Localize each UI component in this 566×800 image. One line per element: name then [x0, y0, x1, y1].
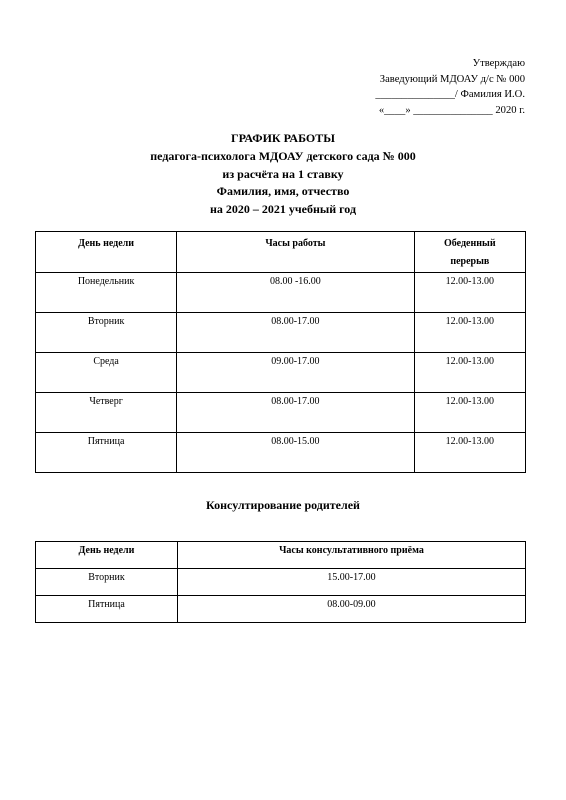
- header-lunch-line1: Обеденный: [417, 235, 523, 253]
- approval-line: _______________/ Фамилия И.О.: [375, 87, 525, 103]
- cell-hours: 08.00 -16.00: [177, 273, 414, 313]
- cell-lunch: 12.00-13.00: [414, 353, 525, 393]
- consultation-heading: Консултирование родителей: [0, 498, 566, 513]
- header-day: День недели: [36, 542, 178, 569]
- work-schedule-table: День недели Часы работы Обеденный переры…: [35, 231, 526, 473]
- cell-hours: 08.00-15.00: [177, 433, 414, 473]
- table-row: Пятница 08.00-15.00 12.00-13.00: [36, 433, 526, 473]
- header-hours: Часы работы: [177, 232, 414, 273]
- table-row: Вторник 15.00-17.00: [36, 569, 526, 596]
- cell-hours: 08.00-17.00: [177, 393, 414, 433]
- consultation-table: День недели Часы консультативного приёма…: [35, 541, 526, 623]
- table-header-row: День недели Часы работы Обеденный переры…: [36, 232, 526, 273]
- cell-hours: 08.00-17.00: [177, 313, 414, 353]
- title-line: из расчёта на 1 ставку: [0, 166, 566, 184]
- table-row: Четверг 08.00-17.00 12.00-13.00: [36, 393, 526, 433]
- cell-day: Понедельник: [36, 273, 177, 313]
- header-lunch: Обеденный перерыв: [414, 232, 525, 273]
- table-row: Понедельник 08.00 -16.00 12.00-13.00: [36, 273, 526, 313]
- table-row: Вторник 08.00-17.00 12.00-13.00: [36, 313, 526, 353]
- header-day: День недели: [36, 232, 177, 273]
- cell-day: Вторник: [36, 313, 177, 353]
- cell-day: Вторник: [36, 569, 178, 596]
- cell-hours: 08.00-09.00: [177, 596, 525, 623]
- title-line: на 2020 – 2021 учебный год: [0, 201, 566, 219]
- header-consult-hours: Часы консультативного приёма: [177, 542, 525, 569]
- table-row: Пятница 08.00-09.00: [36, 596, 526, 623]
- title-line: Фамилия, имя, отчество: [0, 183, 566, 201]
- table-row: Среда 09.00-17.00 12.00-13.00: [36, 353, 526, 393]
- approval-line: «____» _______________ 2020 г.: [375, 103, 525, 119]
- cell-day: Четверг: [36, 393, 177, 433]
- header-lunch-line2: перерыв: [417, 253, 523, 271]
- cell-hours: 15.00-17.00: [177, 569, 525, 596]
- cell-lunch: 12.00-13.00: [414, 393, 525, 433]
- approval-line: Заведующий МДОАУ д/с № 000: [375, 72, 525, 88]
- cell-lunch: 12.00-13.00: [414, 273, 525, 313]
- cell-hours: 09.00-17.00: [177, 353, 414, 393]
- title-line: ГРАФИК РАБОТЫ: [0, 130, 566, 148]
- cell-day: Пятница: [36, 596, 178, 623]
- approval-block: Утверждаю Заведующий МДОАУ д/с № 000 ___…: [375, 56, 525, 118]
- cell-lunch: 12.00-13.00: [414, 313, 525, 353]
- approval-line: Утверждаю: [375, 56, 525, 72]
- cell-day: Пятница: [36, 433, 177, 473]
- table-header-row: День недели Часы консультативного приёма: [36, 542, 526, 569]
- title-line: педагога-психолога МДОАУ детского сада №…: [0, 148, 566, 166]
- cell-day: Среда: [36, 353, 177, 393]
- document-title: ГРАФИК РАБОТЫ педагога-психолога МДОАУ д…: [0, 130, 566, 219]
- cell-lunch: 12.00-13.00: [414, 433, 525, 473]
